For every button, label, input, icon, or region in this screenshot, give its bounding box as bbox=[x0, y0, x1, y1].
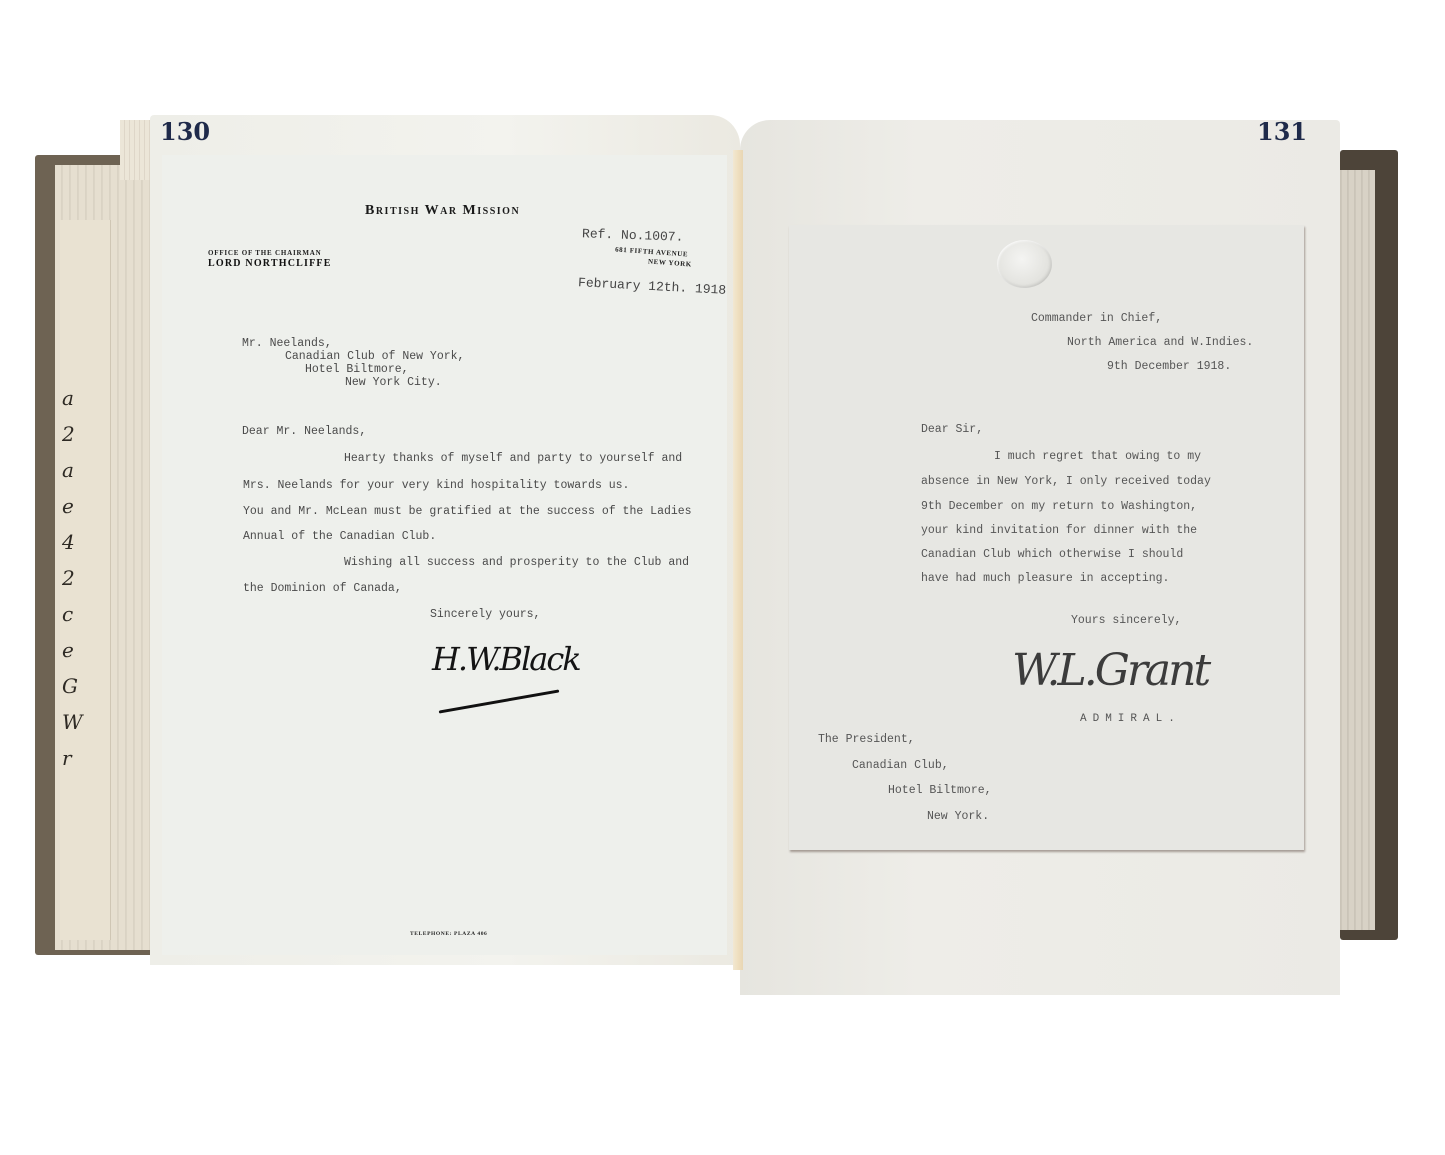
header-line: 9th December 1918. bbox=[1107, 360, 1231, 373]
body-line: Mrs. Neelands for your very kind hospita… bbox=[243, 479, 629, 492]
header-line: Commander in Chief, bbox=[1031, 312, 1162, 325]
recipient-line: Mr. Neelands, bbox=[242, 337, 332, 350]
body-line: the Dominion of Canada, bbox=[243, 582, 402, 595]
recipient-line: Canadian Club of New York, bbox=[285, 350, 464, 363]
body-line: Canadian Club which otherwise I should bbox=[921, 548, 1183, 561]
recipient-line: Hotel Biltmore, bbox=[888, 784, 992, 797]
body-line: I much regret that owing to my bbox=[994, 450, 1201, 463]
body-line: have had much pleasure in accepting. bbox=[921, 572, 1169, 585]
body-line: 9th December on my return to Washington, bbox=[921, 500, 1197, 513]
page-number-right: 131 bbox=[1257, 117, 1307, 146]
recipient-line: Hotel Biltmore, bbox=[305, 363, 409, 376]
body-line: your kind invitation for dinner with the bbox=[921, 524, 1197, 537]
salutation: Dear Sir, bbox=[921, 423, 983, 436]
signature-left: H.W.Black bbox=[432, 640, 580, 678]
book-gutter bbox=[733, 150, 743, 970]
embossed-crest-icon bbox=[997, 240, 1052, 288]
signature-right: W.L.Grant bbox=[1012, 645, 1208, 696]
closing: Sincerely yours, bbox=[430, 608, 540, 621]
closing: Yours sincerely, bbox=[1071, 614, 1181, 627]
page-stack-right bbox=[1335, 170, 1375, 930]
body-line: Wishing all success and prosperity to th… bbox=[344, 556, 689, 569]
recipient-line: The President, bbox=[818, 733, 915, 746]
recipient-line: Canadian Club, bbox=[852, 759, 949, 772]
recipient-line: New York City. bbox=[345, 376, 442, 389]
recipient-line: New York. bbox=[927, 810, 989, 823]
left-letter-sheet bbox=[162, 155, 727, 955]
handwritten-index-notes: a 2 a e 4 2 c e G W r bbox=[62, 380, 102, 820]
letterhead-telephone: TELEPHONE: PLAZA 406 bbox=[410, 931, 487, 937]
page-number-left: 130 bbox=[160, 117, 210, 146]
letterhead-title: British War Mission bbox=[365, 203, 520, 219]
body-line: Hearty thanks of myself and party to you… bbox=[344, 452, 682, 465]
body-line: You and Mr. McLean must be gratified at … bbox=[243, 505, 692, 518]
body-line: absence in New York, I only received tod… bbox=[921, 475, 1211, 488]
header-line: North America and W.Indies. bbox=[1067, 336, 1253, 349]
body-line: Annual of the Canadian Club. bbox=[243, 530, 436, 543]
salutation: Dear Mr. Neelands, bbox=[242, 425, 366, 438]
office-label: Office of the Chairman bbox=[208, 249, 321, 257]
signatory-title: ADMIRAL. bbox=[1080, 713, 1181, 725]
office-name: LORD NORTHCLIFFE bbox=[208, 258, 332, 269]
